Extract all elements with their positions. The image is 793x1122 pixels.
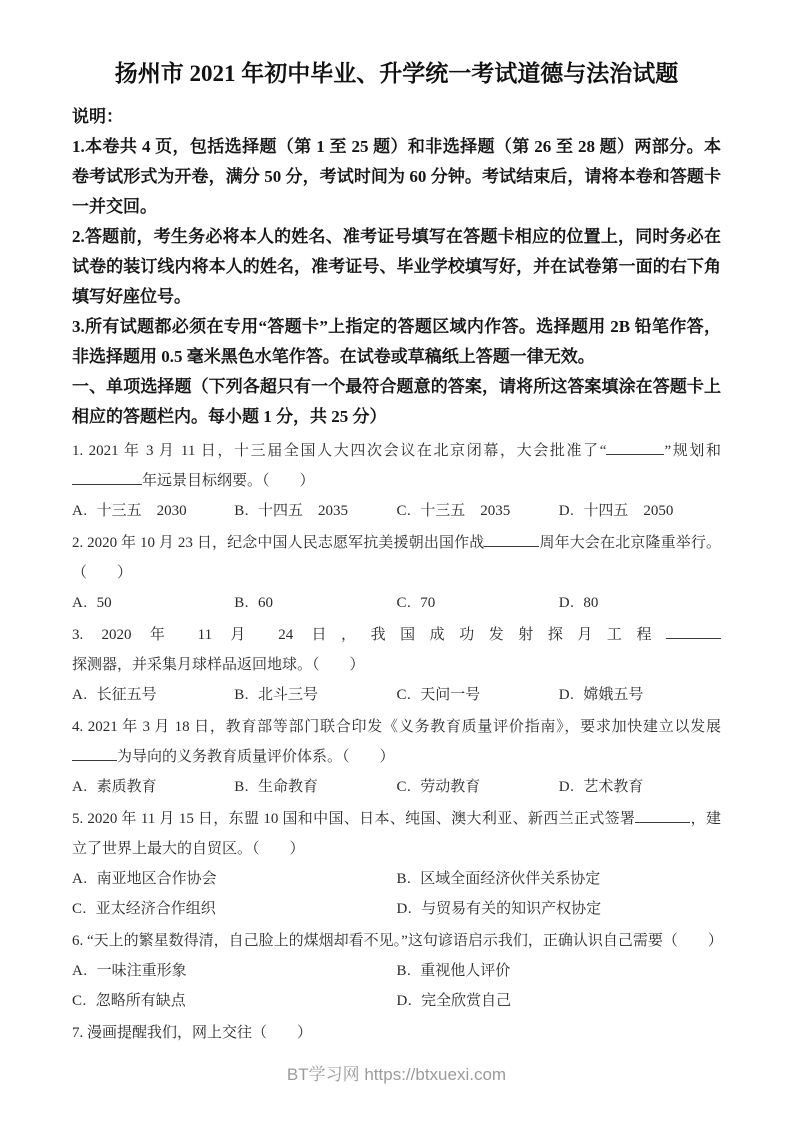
instruction-1: 1.本卷共 4 页，包括选择题（第 1 至 25 题）和非选择题（第 26 至 … — [72, 132, 721, 222]
option-label: C. — [397, 779, 412, 795]
option-label: C. — [397, 687, 412, 703]
answer-blank — [606, 440, 664, 455]
question-5: 5. 2020 年 11 月 15 日，东盟 10 国和中国、日本、纯国、澳大利… — [72, 804, 721, 924]
option-d: D.嫦娥五号 — [559, 680, 721, 710]
question-list: 1. 2021 年 3 月 11 日，十三届全国人大四次会议在北京闭幕，大会批准… — [72, 436, 721, 1048]
answer-blank — [72, 470, 142, 485]
answer-blank — [72, 746, 117, 761]
option-a: A.素质教育 — [72, 772, 234, 802]
option-b: B.北斗三号 — [234, 680, 396, 710]
option-b: B.重视他人评价 — [397, 956, 722, 986]
option-text: 一味注重形象 — [97, 963, 187, 979]
footer-site-link: BT学习网 https://btxuexi.com — [287, 1065, 506, 1084]
option-label: B. — [234, 503, 249, 519]
option-d: D.完全欣赏自己 — [397, 986, 722, 1016]
option-label: A. — [72, 871, 88, 887]
option-c: C.忽略所有缺点 — [72, 986, 397, 1016]
option-c: C.天问一号 — [397, 680, 559, 710]
option-row: A.素质教育B.生命教育C.劳动教育D.艺术教育 — [72, 772, 721, 802]
question-stem: 4. 2021 年 3 月 18 日，教育部等部门联合印发《义务教育质量评价指南… — [72, 712, 721, 772]
option-row: A.50B.60C.70D.80 — [72, 588, 721, 618]
option-c: C.亚太经济合作组织 — [72, 894, 397, 924]
exam-instructions: 说明： 1.本卷共 4 页，包括选择题（第 1 至 25 题）和非选择题（第 2… — [72, 102, 721, 372]
option-label: A. — [72, 503, 88, 519]
option-text: 艺术教育 — [583, 779, 643, 795]
option-d: D.艺术教育 — [559, 772, 721, 802]
section-heading-single-choice: 一、单项选择题（下列各超只有一个最符合题意的答案，请将所这答案填涂在答题卡上相应… — [72, 372, 721, 432]
question-stem: 1. 2021 年 3 月 11 日，十三届全国人大四次会议在北京闭幕，大会批准… — [72, 436, 721, 496]
option-label: C. — [397, 503, 412, 519]
option-c: C.70 — [397, 588, 559, 618]
option-d: D.十四五 2050 — [559, 496, 721, 526]
option-text: 完全欣赏自己 — [421, 993, 511, 1009]
option-label: D. — [559, 503, 575, 519]
option-row: A.一味注重形象B.重视他人评价 — [72, 956, 721, 986]
option-text: 嫦娥五号 — [583, 687, 643, 703]
option-label: A. — [72, 963, 88, 979]
question-stem: 3. 2020 年 11 月 24 日，我国成功发射探月工程探测器，并采集月球样… — [72, 620, 721, 680]
option-label: C. — [72, 901, 87, 917]
option-label: D. — [397, 993, 413, 1009]
option-text: 60 — [258, 595, 273, 611]
option-row: A.长征五号B.北斗三号C.天问一号D.嫦娥五号 — [72, 680, 721, 710]
option-b: B.十四五 2035 — [234, 496, 396, 526]
option-label: B. — [234, 779, 249, 795]
option-text: 十三五 2035 — [420, 503, 510, 519]
option-a: A.一味注重形象 — [72, 956, 397, 986]
page-title: 扬州市 2021 年初中毕业、升学统一考试道德与法治试题 — [72, 58, 721, 90]
option-text: 十四五 2050 — [583, 503, 673, 519]
instruction-3: 3.所有试题都必须在专用“答题卡”上指定的答题区域内作答。选择题用 2B 铅笔作… — [72, 312, 721, 372]
instruction-2: 2.答题前，考生务必将本人的姓名、准考证号填写在答题卡相应的位置上，同时务必在试… — [72, 222, 721, 312]
question-3: 3. 2020 年 11 月 24 日，我国成功发射探月工程探测器，并采集月球样… — [72, 620, 721, 710]
option-d: D.80 — [559, 588, 721, 618]
option-label: C. — [72, 993, 87, 1009]
option-text: 与贸易有关的知识产权协定 — [421, 901, 601, 917]
question-7: 7. 漫画提醒我们，网上交往（ ） — [72, 1018, 721, 1048]
option-label: A. — [72, 595, 88, 611]
option-a: A.长征五号 — [72, 680, 234, 710]
option-text: 天问一号 — [420, 687, 480, 703]
instructions-label: 说明： — [72, 102, 721, 132]
question-stem: 5. 2020 年 11 月 15 日，东盟 10 国和中国、日本、纯国、澳大利… — [72, 804, 721, 864]
question-1: 1. 2021 年 3 月 11 日，十三届全国人大四次会议在北京闭幕，大会批准… — [72, 436, 721, 526]
question-6: 6. “天上的繁星数得清，自己脸上的煤烟却看不见。”这句谚语启示我们，正确认识自… — [72, 926, 721, 1016]
option-label: A. — [72, 687, 88, 703]
option-text: 劳动教育 — [420, 779, 480, 795]
option-label: B. — [397, 871, 412, 887]
option-label: D. — [559, 779, 575, 795]
option-label: A. — [72, 779, 88, 795]
option-b: B.60 — [234, 588, 396, 618]
option-text: 亚太经济合作组织 — [96, 901, 216, 917]
option-row: A.南亚地区合作协会B.区域全面经济伙伴关系协定 — [72, 864, 721, 894]
option-label: B. — [234, 687, 249, 703]
option-text: 忽略所有缺点 — [96, 993, 186, 1009]
question-stem: 6. “天上的繁星数得清，自己脸上的煤烟却看不见。”这句谚语启示我们，正确认识自… — [72, 926, 721, 956]
option-b: B.生命教育 — [234, 772, 396, 802]
option-c: C.劳动教育 — [397, 772, 559, 802]
question-2: 2. 2020 年 10 月 23 日，纪念中国人民志愿军抗美援朝出国作战周年大… — [72, 528, 721, 618]
option-text: 生命教育 — [258, 779, 318, 795]
option-text: 北斗三号 — [258, 687, 318, 703]
option-text: 十四五 2035 — [258, 503, 348, 519]
option-label: C. — [397, 595, 412, 611]
option-row: A.十三五 2030B.十四五 2035C.十三五 2035D.十四五 2050 — [72, 496, 721, 526]
option-text: 素质教育 — [97, 779, 157, 795]
option-text: 70 — [420, 595, 435, 611]
option-label: B. — [397, 963, 412, 979]
option-text: 50 — [97, 595, 112, 611]
answer-blank — [635, 808, 690, 823]
option-label: D. — [559, 687, 575, 703]
option-c: C.十三五 2035 — [397, 496, 559, 526]
question-stem: 2. 2020 年 10 月 23 日，纪念中国人民志愿军抗美援朝出国作战周年大… — [72, 528, 721, 588]
option-label: D. — [397, 901, 413, 917]
answer-blank — [666, 624, 721, 639]
answer-blank — [484, 532, 539, 547]
question-4: 4. 2021 年 3 月 18 日，教育部等部门联合印发《义务教育质量评价指南… — [72, 712, 721, 802]
exam-paper-page: 扬州市 2021 年初中毕业、升学统一考试道德与法治试题 说明： 1.本卷共 4… — [0, 0, 793, 1048]
option-row: C.忽略所有缺点D.完全欣赏自己 — [72, 986, 721, 1016]
option-text: 区域全面经济伙伴关系协定 — [420, 871, 600, 887]
option-text: 南亚地区合作协会 — [97, 871, 217, 887]
option-text: 重视他人评价 — [420, 963, 510, 979]
option-a: A.南亚地区合作协会 — [72, 864, 397, 894]
option-d: D.与贸易有关的知识产权协定 — [397, 894, 722, 924]
option-row: C.亚太经济合作组织D.与贸易有关的知识产权协定 — [72, 894, 721, 924]
option-label: B. — [234, 595, 249, 611]
option-text: 长征五号 — [97, 687, 157, 703]
option-text: 十三五 2030 — [97, 503, 187, 519]
option-text: 80 — [583, 595, 598, 611]
footer-watermark: BT学习网 https://btxuexi.com — [0, 1060, 793, 1085]
option-a: A.十三五 2030 — [72, 496, 234, 526]
option-label: D. — [559, 595, 575, 611]
option-a: A.50 — [72, 588, 234, 618]
question-stem: 7. 漫画提醒我们，网上交往（ ） — [72, 1018, 721, 1048]
option-b: B.区域全面经济伙伴关系协定 — [397, 864, 722, 894]
